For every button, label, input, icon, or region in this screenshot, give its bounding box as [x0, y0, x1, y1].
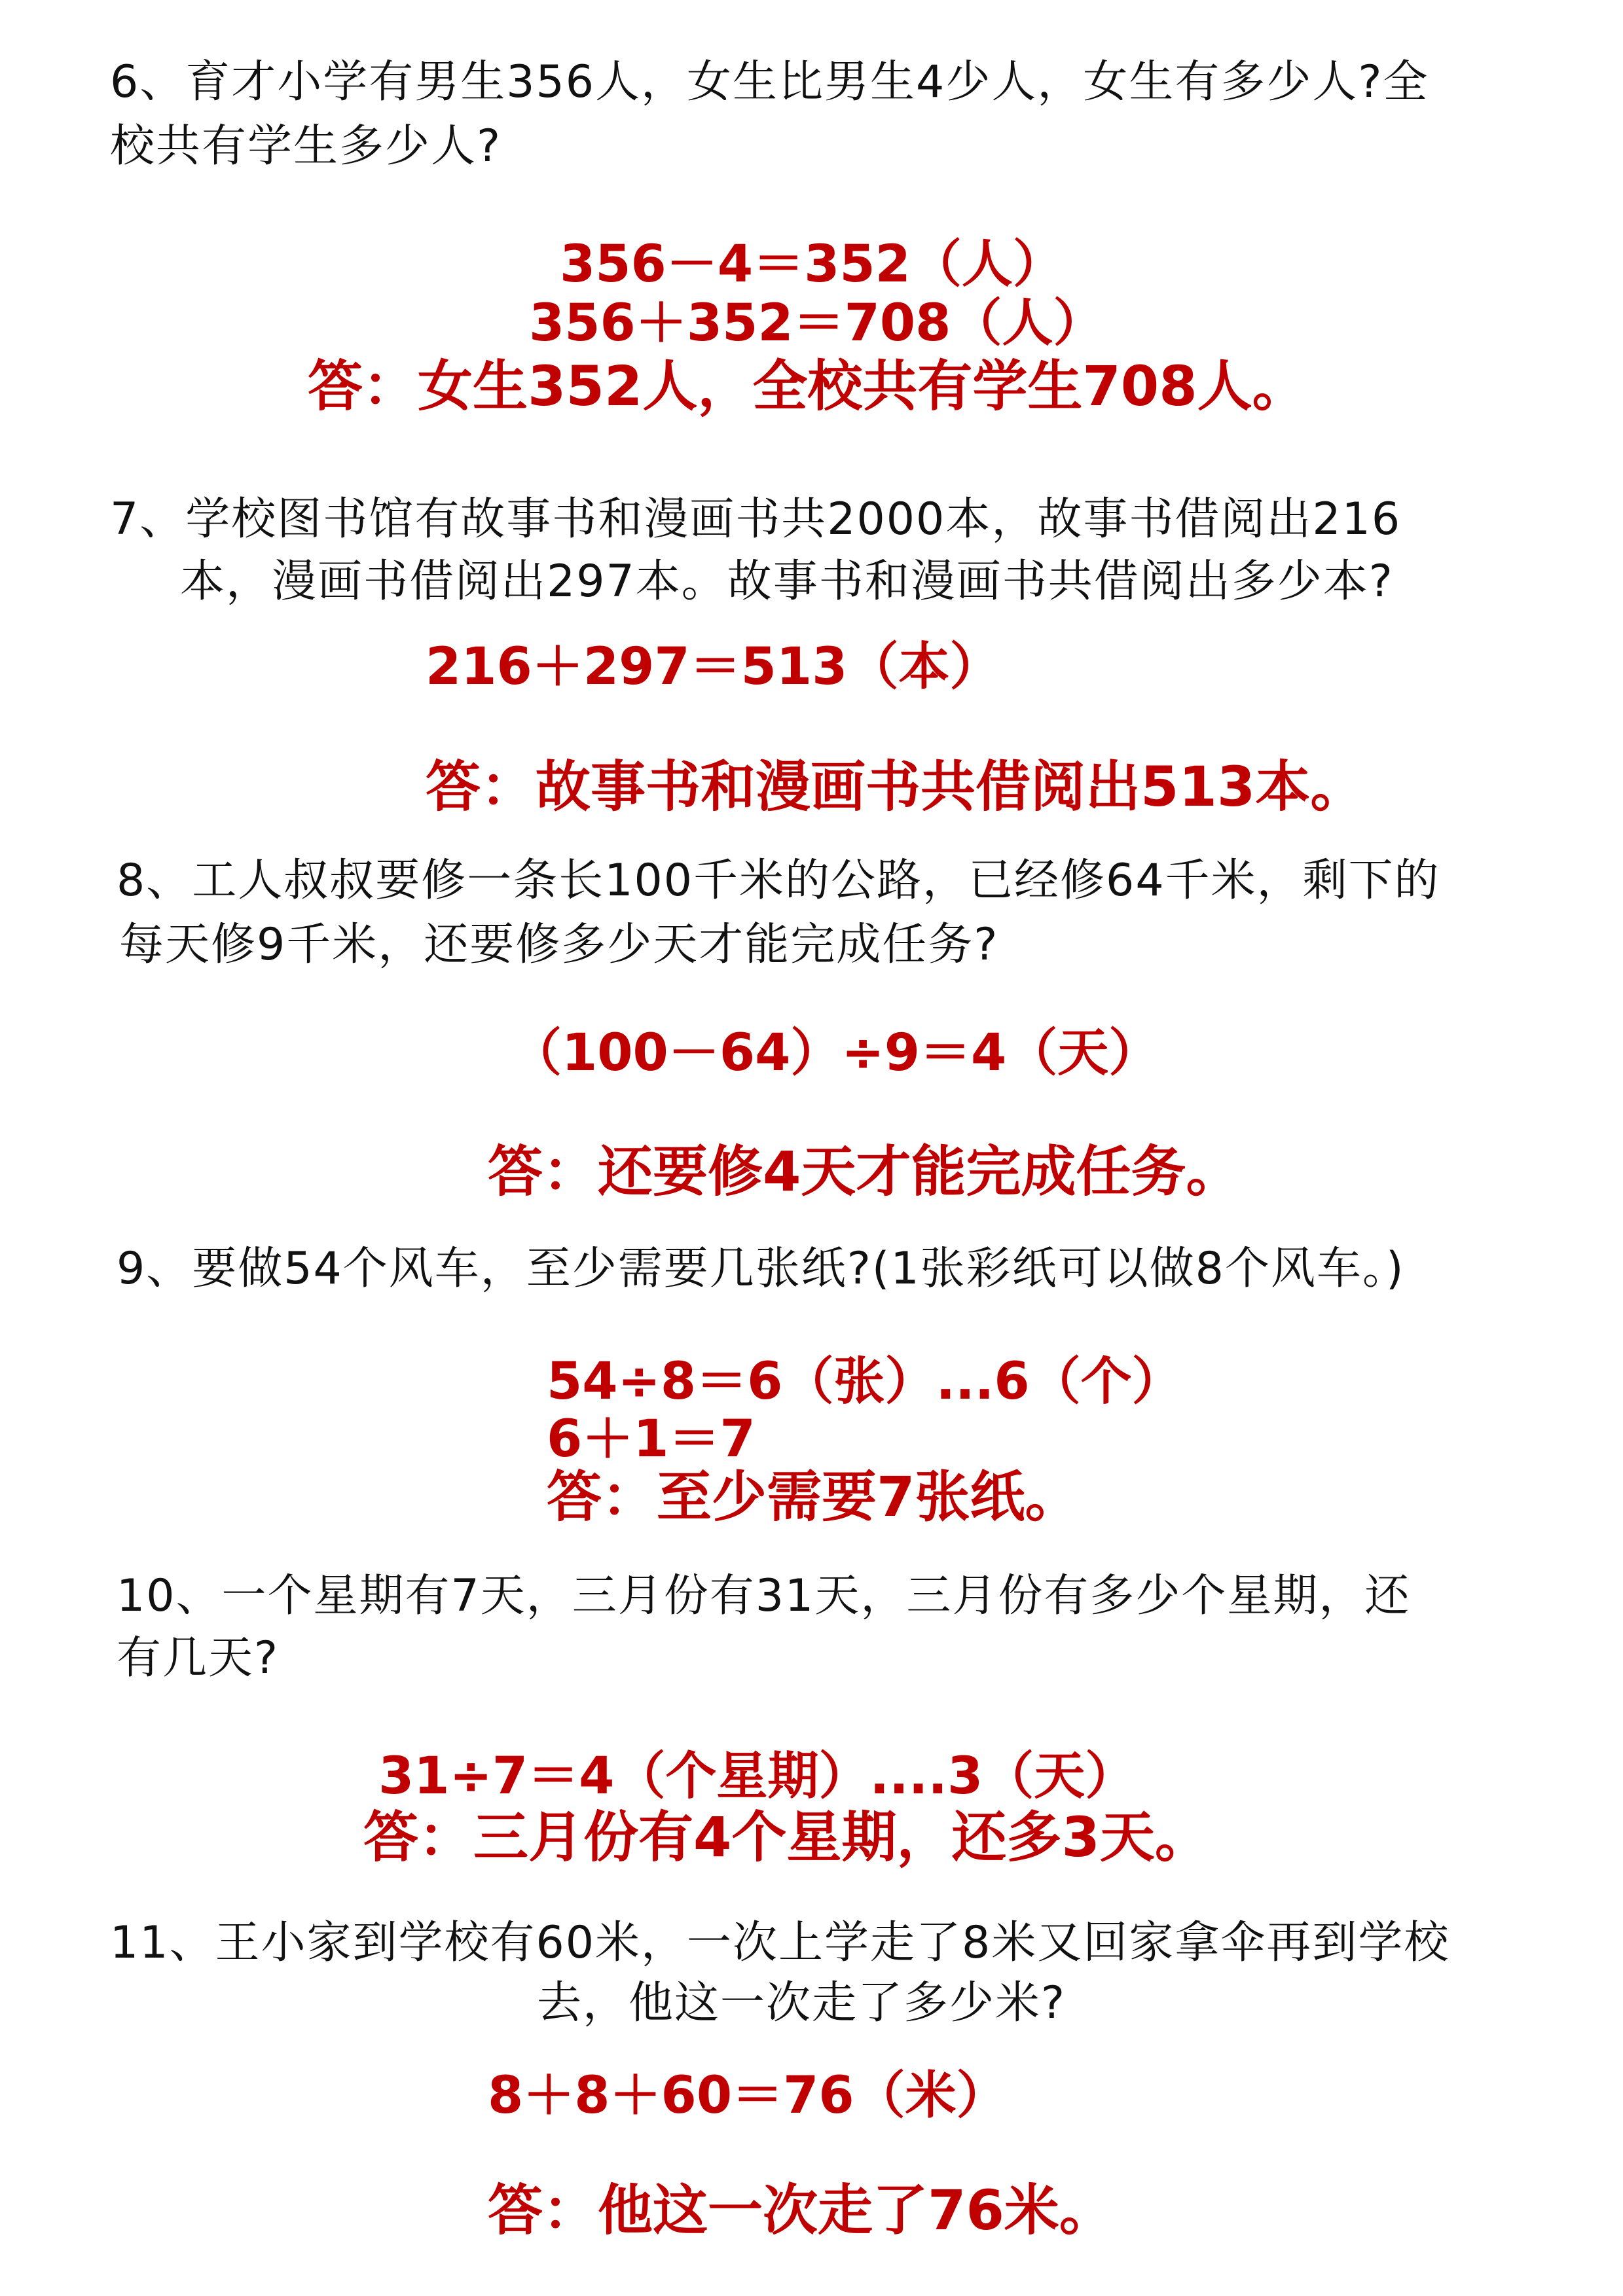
- work-11-line-1: 8＋8＋60＝76（米）: [488, 2070, 1008, 2121]
- work-7-line-1: 216＋297＝513（本）: [426, 641, 1000, 692]
- question-11-line-2: 去，他这一次走了多少米?: [537, 1981, 1066, 2026]
- answer-10: 答：三月份有4个星期，还多3天。: [363, 1810, 1210, 1865]
- question-7-line-2: 本，漫画书借阅出297本。故事书和漫画书共借阅出多少本?: [180, 560, 1394, 604]
- work-6-line-2: 356＋352＝708（人）: [529, 298, 1104, 349]
- question-11-line-1: 11、王小家到学校有60米，一次上学走了8米又回家拿伞再到学校: [110, 1921, 1450, 1965]
- answer-9: 答：至少需要7张纸。: [547, 1469, 1080, 1524]
- answer-11: 答：他这一次走了76米。: [488, 2183, 1114, 2238]
- question-10-line-2: 有几天?: [117, 1636, 279, 1681]
- question-7-line-1: 7、学校图书馆有故事书和漫画书共2000本，故事书借阅出216: [110, 497, 1401, 542]
- question-6-line-1: 6、育才小学有男生356人，女生比男生4少人，女生有多少人?全: [110, 60, 1429, 105]
- answer-6: 答：女生352人，全校共有学生708人。: [308, 359, 1307, 414]
- work-6-line-1: 356－4＝352（人）: [560, 239, 1064, 290]
- work-10-line-1: 31÷7＝4（个星期）....3（天）: [378, 1751, 1136, 1802]
- work-8-line-1: （100－64）÷9＝4（天）: [511, 1028, 1159, 1079]
- answer-7: 答：故事书和漫画书共借阅出513本。: [426, 759, 1365, 814]
- question-9-line-1: 9、要做54个风车，至少需要几张纸?(1张彩纸可以做8个风车。): [117, 1247, 1404, 1291]
- question-8-line-2: 每天修9千米，还要修多少天才能完成任务?: [119, 923, 998, 967]
- work-9-line-2: 6＋1＝7: [547, 1414, 756, 1465]
- work-9-line-1: 54÷8＝6（张）...6（个）: [547, 1356, 1183, 1407]
- question-6-line-2: 校共有学生多少人?: [110, 124, 501, 169]
- question-8-line-1: 8、工人叔叔要修一条长100千米的公路，已经修64千米，剩下的: [117, 859, 1440, 903]
- answer-8: 答：还要修4天才能完成任务。: [488, 1144, 1241, 1199]
- question-10-line-1: 10、一个星期有7天，三月份有31天，三月份有多少个星期，还: [117, 1574, 1410, 1619]
